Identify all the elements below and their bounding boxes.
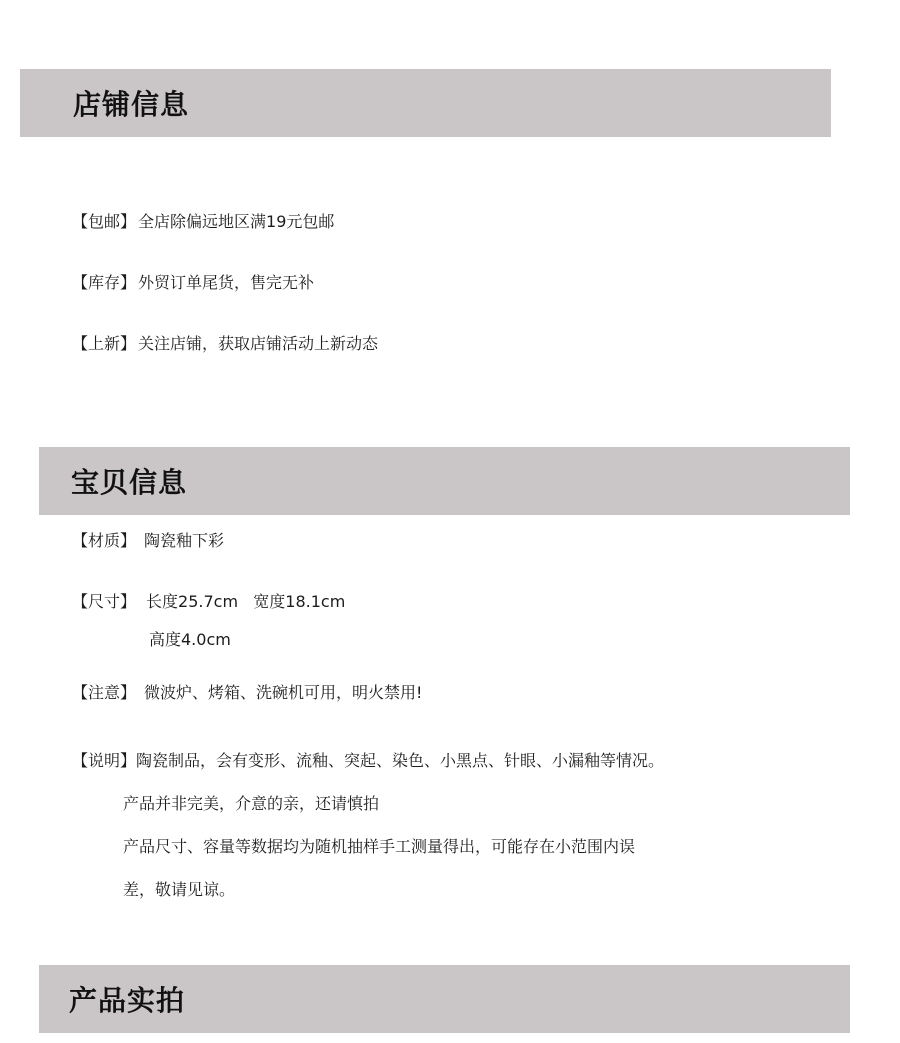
shop-info-banner: 店铺信息 — [20, 69, 831, 137]
material-text: 陶瓷釉下彩 — [144, 531, 224, 550]
photos-banner: 产品实拍 — [39, 965, 850, 1033]
note-line-2: 产品并非完美，介意的亲，还请慎拍 — [123, 794, 379, 814]
note-text-2: 产品并非完美，介意的亲，还请慎拍 — [123, 794, 379, 813]
item-info-banner: 宝贝信息 — [39, 447, 850, 515]
shipping-text: 全店除偏远地区满19元包邮 — [138, 212, 334, 231]
size-line: 【尺寸】长度25.7cm 宽度18.1cm — [72, 592, 345, 612]
material-line: 【材质】陶瓷釉下彩 — [72, 531, 224, 551]
new-arrivals-text: 关注店铺，获取店铺活动上新动态 — [138, 334, 378, 353]
note-line-1: 【说明】陶瓷制品，会有变形、流釉、突起、染色、小黑点、针眼、小漏釉等情况。 — [72, 751, 664, 771]
note-text-3: 产品尺寸、容量等数据均为随机抽样手工测量得出，可能存在小范围内误 — [123, 837, 635, 856]
size-label: 【尺寸】 — [72, 592, 136, 611]
stock-text: 外贸订单尾货，售完无补 — [138, 273, 314, 292]
note-line-4: 差，敬请见谅。 — [123, 880, 235, 900]
note-text-4: 差，敬请见谅。 — [123, 880, 235, 899]
stock-label: 【库存】 — [72, 273, 136, 292]
new-arrivals-line: 【上新】关注店铺，获取店铺活动上新动态 — [72, 334, 378, 354]
stock-line: 【库存】外贸订单尾货，售完无补 — [72, 273, 314, 293]
note-text-1: 陶瓷制品，会有变形、流釉、突起、染色、小黑点、针眼、小漏釉等情况。 — [136, 751, 664, 770]
note-line-3: 产品尺寸、容量等数据均为随机抽样手工测量得出，可能存在小范围内误 — [123, 837, 635, 857]
size-height-line: 高度4.0cm — [149, 630, 231, 650]
material-label: 【材质】 — [72, 531, 136, 550]
shipping-line: 【包邮】全店除偏远地区满19元包邮 — [72, 212, 334, 232]
new-arrivals-label: 【上新】 — [72, 334, 136, 353]
item-info-title: 宝贝信息 — [71, 461, 187, 501]
size-height: 高度4.0cm — [149, 630, 231, 649]
size-dimensions: 长度25.7cm 宽度18.1cm — [146, 592, 345, 611]
shop-info-title: 店铺信息 — [73, 83, 189, 123]
caution-line: 【注意】微波炉、烤箱、洗碗机可用，明火禁用! — [72, 683, 422, 703]
shipping-label: 【包邮】 — [72, 212, 136, 231]
note-label: 【说明】 — [72, 751, 136, 770]
caution-text: 微波炉、烤箱、洗碗机可用，明火禁用! — [144, 683, 422, 702]
photos-title: 产品实拍 — [69, 979, 185, 1019]
caution-label: 【注意】 — [72, 683, 136, 702]
